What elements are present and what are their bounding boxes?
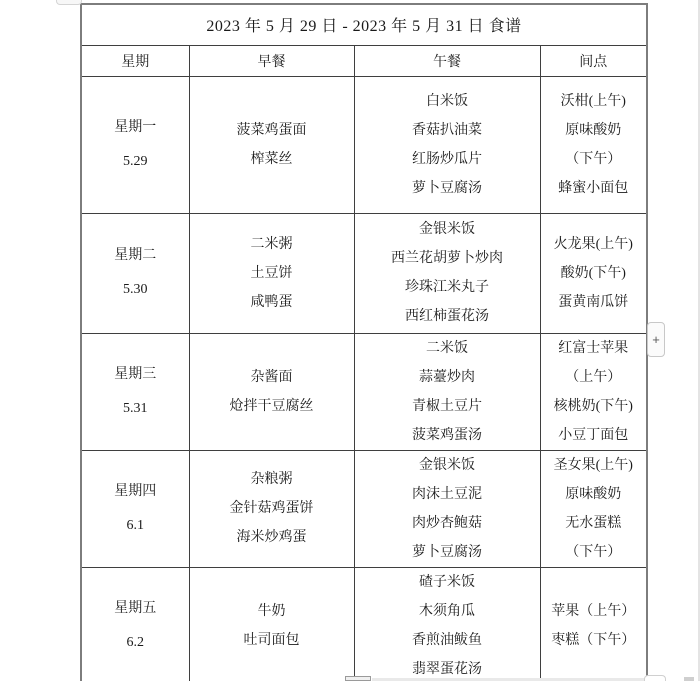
menu-item: 苹果（上午） bbox=[541, 597, 647, 626]
date-label: 6.2 bbox=[82, 626, 189, 660]
menu-item: 西红柿蛋花汤 bbox=[355, 302, 540, 331]
breakfast-cell[interactable]: 杂酱面 炝拌干豆腐丝 bbox=[189, 333, 354, 450]
header-snack[interactable]: 间点 bbox=[540, 45, 647, 76]
menu-item: 枣糕（下午） bbox=[541, 626, 647, 655]
breakfast-cell[interactable]: 杂粮粥 金针菇鸡蛋饼 海米炒鸡蛋 bbox=[189, 450, 354, 567]
menu-item: 香煎油鲅鱼 bbox=[355, 626, 540, 655]
breakfast-cell[interactable]: 牛奶 吐司面包 bbox=[189, 567, 354, 681]
menu-item: 红肠炒瓜片 bbox=[355, 145, 540, 174]
breakfast-cell[interactable]: 二米粥 土豆饼 咸鸭蛋 bbox=[189, 213, 354, 333]
lunch-cell[interactable]: 白米饭 香菇扒油菜 红肠炒瓜片 萝卜豆腐汤 bbox=[354, 76, 540, 213]
snack-cell[interactable]: 火龙果(上午) 酸奶(下午) 蛋黄南瓜饼 bbox=[540, 213, 647, 333]
menu-item: 小豆丁面包 bbox=[541, 421, 647, 450]
table-row: 星期五 6.2 牛奶 吐司面包 碴子米饭 木须角瓜 香煎油鲅鱼 翡翠蛋花汤 苹果… bbox=[81, 567, 647, 681]
date-label: 5.30 bbox=[82, 273, 189, 307]
floating-toolbar-partial[interactable] bbox=[56, 0, 82, 5]
add-column-button[interactable]: + bbox=[647, 322, 665, 357]
menu-item: （下午） bbox=[541, 145, 647, 174]
menu-item: 珍珠江米丸子 bbox=[355, 273, 540, 302]
snack-cell[interactable]: 红富士苹果 （上午） 核桃奶(下午) 小豆丁面包 bbox=[540, 333, 647, 450]
table-row: 星期三 5.31 杂酱面 炝拌干豆腐丝 二米饭 蒜薹炒肉 青椒土豆片 菠菜鸡蛋汤… bbox=[81, 333, 647, 450]
menu-item: 沃柑(上午) bbox=[541, 87, 647, 116]
lunch-cell[interactable]: 金银米饭 西兰花胡萝卜炒肉 珍珠江米丸子 西红柿蛋花汤 bbox=[354, 213, 540, 333]
lunch-cell[interactable]: 碴子米饭 木须角瓜 香煎油鲅鱼 翡翠蛋花汤 bbox=[354, 567, 540, 681]
menu-item: 红富士苹果 bbox=[541, 334, 647, 363]
menu-item: 炝拌干豆腐丝 bbox=[190, 392, 354, 421]
menu-item: 香菇扒油菜 bbox=[355, 116, 540, 145]
menu-item: 金银米饭 bbox=[355, 215, 540, 244]
menu-item: 土豆饼 bbox=[190, 259, 354, 288]
lunch-cell[interactable]: 金银米饭 肉沫土豆泥 肉炒杏鲍菇 萝卜豆腐汤 bbox=[354, 450, 540, 567]
menu-item: 白米饭 bbox=[355, 87, 540, 116]
day-label: 星期五 bbox=[82, 592, 189, 626]
day-label: 星期四 bbox=[82, 475, 189, 509]
menu-item: 酸奶(下午) bbox=[541, 259, 647, 288]
menu-item: 咸鸭蛋 bbox=[190, 288, 354, 317]
horizontal-scrollbar-thumb[interactable] bbox=[345, 676, 371, 681]
menu-item: 海米炒鸡蛋 bbox=[190, 523, 354, 552]
date-label: 5.31 bbox=[82, 392, 189, 426]
day-cell[interactable]: 星期一 5.29 bbox=[81, 76, 189, 213]
menu-item: 蒜薹炒肉 bbox=[355, 363, 540, 392]
day-label: 星期一 bbox=[82, 111, 189, 145]
menu-item: 圣女果(上午) bbox=[541, 451, 647, 480]
table-title-cell[interactable]: 2023 年 5 月 29 日 - 2023 年 5 月 31 日 食谱 bbox=[81, 4, 647, 45]
table-title: 2023 年 5 月 29 日 - 2023 年 5 月 31 日 食谱 bbox=[206, 18, 521, 35]
add-row-button-partial[interactable] bbox=[644, 675, 666, 681]
menu-item: 原味酸奶 bbox=[541, 116, 647, 145]
day-cell[interactable]: 星期四 6.1 bbox=[81, 450, 189, 567]
date-label: 5.29 bbox=[82, 145, 189, 179]
lunch-cell[interactable]: 二米饭 蒜薹炒肉 青椒土豆片 菠菜鸡蛋汤 bbox=[354, 333, 540, 450]
menu-item: 吐司面包 bbox=[190, 626, 354, 655]
menu-item: 二米饭 bbox=[355, 334, 540, 363]
table-row: 星期二 5.30 二米粥 土豆饼 咸鸭蛋 金银米饭 西兰花胡萝卜炒肉 珍珠江米丸… bbox=[81, 213, 647, 333]
day-cell[interactable]: 星期五 6.2 bbox=[81, 567, 189, 681]
menu-item: 蜂蜜小面包 bbox=[541, 174, 647, 203]
plus-icon: + bbox=[652, 332, 660, 347]
menu-item: 核桃奶(下午) bbox=[541, 392, 647, 421]
menu-item: 无水蛋糕 bbox=[541, 509, 647, 538]
menu-item: 肉沫土豆泥 bbox=[355, 480, 540, 509]
menu-item: 原味酸奶 bbox=[541, 480, 647, 509]
editor-canvas: 2023 年 5 月 29 日 - 2023 年 5 月 31 日 食谱 星期 … bbox=[0, 0, 700, 681]
breakfast-cell[interactable]: 菠菜鸡蛋面 榨菜丝 bbox=[189, 76, 354, 213]
menu-item: （下午） bbox=[541, 538, 647, 567]
menu-item: 木须角瓜 bbox=[355, 597, 540, 626]
menu-item: 二米粥 bbox=[190, 230, 354, 259]
day-label: 星期二 bbox=[82, 239, 189, 273]
menu-table: 2023 年 5 月 29 日 - 2023 年 5 月 31 日 食谱 星期 … bbox=[80, 3, 648, 681]
header-week[interactable]: 星期 bbox=[81, 45, 189, 76]
menu-item: 菠菜鸡蛋面 bbox=[190, 116, 354, 145]
snack-cell[interactable]: 沃柑(上午) 原味酸奶 （下午） 蜂蜜小面包 bbox=[540, 76, 647, 213]
menu-item: 菠菜鸡蛋汤 bbox=[355, 421, 540, 450]
menu-item: 金针菇鸡蛋饼 bbox=[190, 494, 354, 523]
menu-item: 萝卜豆腐汤 bbox=[355, 538, 540, 567]
scrollbar-corner bbox=[684, 677, 694, 681]
menu-item: （上午） bbox=[541, 363, 647, 392]
menu-item: 青椒土豆片 bbox=[355, 392, 540, 421]
menu-item: 肉炒杏鲍菇 bbox=[355, 509, 540, 538]
menu-item: 牛奶 bbox=[190, 597, 354, 626]
menu-item: 西兰花胡萝卜炒肉 bbox=[355, 244, 540, 273]
menu-item: 榨菜丝 bbox=[190, 145, 354, 174]
menu-item: 金银米饭 bbox=[355, 451, 540, 480]
header-lunch[interactable]: 午餐 bbox=[354, 45, 540, 76]
menu-item: 萝卜豆腐汤 bbox=[355, 174, 540, 203]
day-label: 星期三 bbox=[82, 358, 189, 392]
snack-cell[interactable]: 苹果（上午） 枣糕（下午） bbox=[540, 567, 647, 681]
menu-item: 火龙果(上午) bbox=[541, 230, 647, 259]
snack-cell[interactable]: 圣女果(上午) 原味酸奶 无水蛋糕 （下午） bbox=[540, 450, 647, 567]
day-cell[interactable]: 星期三 5.31 bbox=[81, 333, 189, 450]
day-cell[interactable]: 星期二 5.30 bbox=[81, 213, 189, 333]
table-row: 星期一 5.29 菠菜鸡蛋面 榨菜丝 白米饭 香菇扒油菜 红肠炒瓜片 萝卜豆腐汤… bbox=[81, 76, 647, 213]
table-row: 星期四 6.1 杂粮粥 金针菇鸡蛋饼 海米炒鸡蛋 金银米饭 肉沫土豆泥 肉炒杏鲍… bbox=[81, 450, 647, 567]
date-label: 6.1 bbox=[82, 509, 189, 543]
menu-item: 杂粮粥 bbox=[190, 465, 354, 494]
menu-item: 杂酱面 bbox=[190, 363, 354, 392]
menu-item: 碴子米饭 bbox=[355, 568, 540, 597]
menu-item: 蛋黄南瓜饼 bbox=[541, 288, 647, 317]
header-breakfast[interactable]: 早餐 bbox=[189, 45, 354, 76]
